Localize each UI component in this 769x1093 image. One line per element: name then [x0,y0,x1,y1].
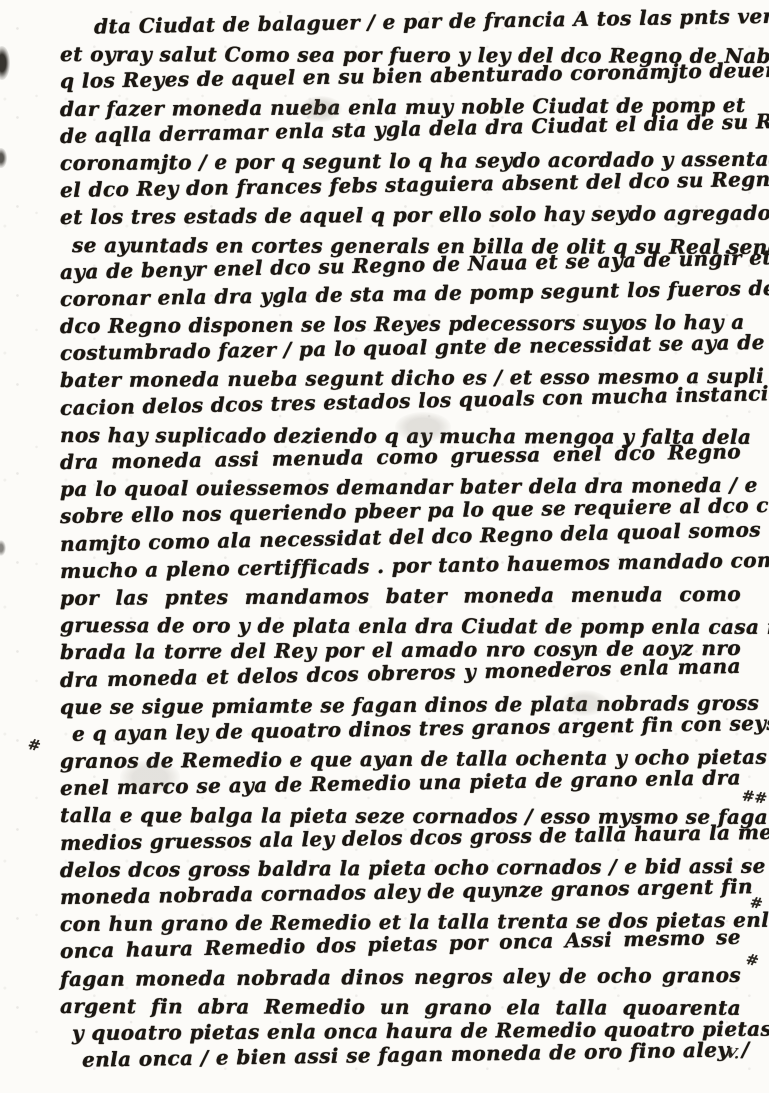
margin-check-mark: V. [725,1045,740,1062]
ink-blot-edge [0,46,10,80]
margin-hash-mark: # [26,735,42,755]
ink-blot-edge [0,540,6,556]
ink-blot-edge [0,148,7,168]
manuscript-line: por las pntes mandamos bater moneda menu… [60,581,741,612]
manuscript-line: et los tres estads de aquel q por ello s… [60,200,741,231]
manuscript-line: dta Ciudat de balaguer / e par de franci… [60,3,741,41]
manuscript-page: dta Ciudat de balaguer / e par de franci… [0,0,769,1093]
margin-hash-mark: # [744,950,761,971]
manuscript-text-block: dta Ciudat de balaguer / e par de franci… [60,14,741,1074]
manuscript-line: fagan moneda nobrada dinos negros aley d… [60,961,741,992]
margin-hash-mark: ## [741,786,768,807]
